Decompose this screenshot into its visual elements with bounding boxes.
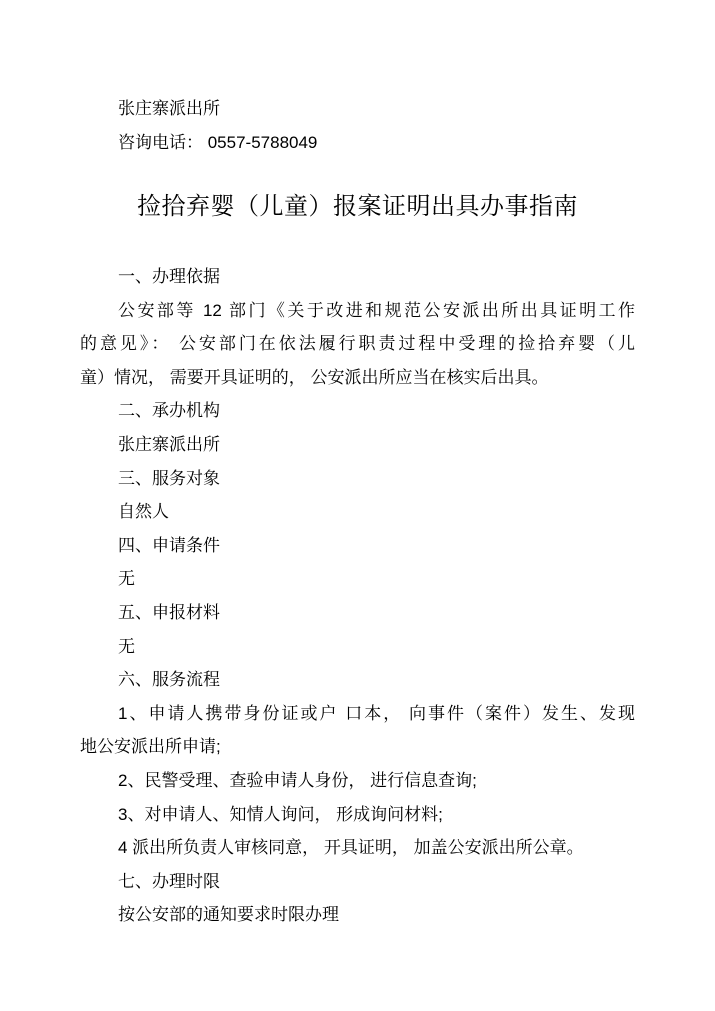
heading-agency: 二、承办机构 — [80, 394, 635, 428]
process-step-1-line-2: 地公安派出所申请; — [80, 730, 635, 764]
process-step-2: 2、民警受理、查验申请人身份， 进行信息查询; — [80, 764, 635, 798]
process-step-3: 3、对申请人、知情人询问， 形成询问材料; — [80, 798, 635, 832]
process-step-4: 4 派出所负责人审核同意， 开具证明， 加盖公安派出所公章。 — [80, 831, 635, 865]
materials-line: 无 — [80, 630, 635, 664]
heading-conditions: 四、申请条件 — [80, 529, 635, 563]
basis-line-3: 童）情况， 需要开具证明的， 公安派出所应当在核实后出具。 — [80, 361, 635, 395]
basis-line-1: 公安部等 12 部门《关于改进和规范公安派出所出具证明工作 — [80, 294, 635, 328]
heading-process: 六、服务流程 — [80, 663, 635, 697]
heading-materials: 五、申报材料 — [80, 596, 635, 630]
basis-line-2: 的意见》： 公安部门在依法履行职责过程中受理的捡拾弃婴（儿 — [80, 327, 635, 361]
document-page: 张庄寨派出所 咨询电话： 0557-5788049 捡拾弃婴（儿童）报案证明出具… — [0, 0, 715, 1011]
process-step-1-line-1: 1、申请人携带身份证或户 口本， 向事件（案件）发生、发现 — [80, 697, 635, 731]
header-phone-line: 咨询电话： 0557-5788049 — [80, 126, 635, 160]
time-limit-line: 按公安部的通知要求时限办理 — [80, 898, 635, 932]
header-office-line: 张庄寨派出所 — [80, 92, 635, 126]
document-header: 张庄寨派出所 咨询电话： 0557-5788049 — [80, 92, 635, 159]
heading-time-limit: 七、办理时限 — [80, 865, 635, 899]
conditions-line: 无 — [80, 562, 635, 596]
document-body: 一、办理依据 公安部等 12 部门《关于改进和规范公安派出所出具证明工作 的意见… — [80, 260, 635, 932]
audience-line: 自然人 — [80, 495, 635, 529]
heading-audience: 三、服务对象 — [80, 462, 635, 496]
document-title: 捡拾弃婴（儿童）报案证明出具办事指南 — [0, 188, 715, 226]
heading-basis: 一、办理依据 — [80, 260, 635, 294]
agency-line: 张庄寨派出所 — [80, 428, 635, 462]
